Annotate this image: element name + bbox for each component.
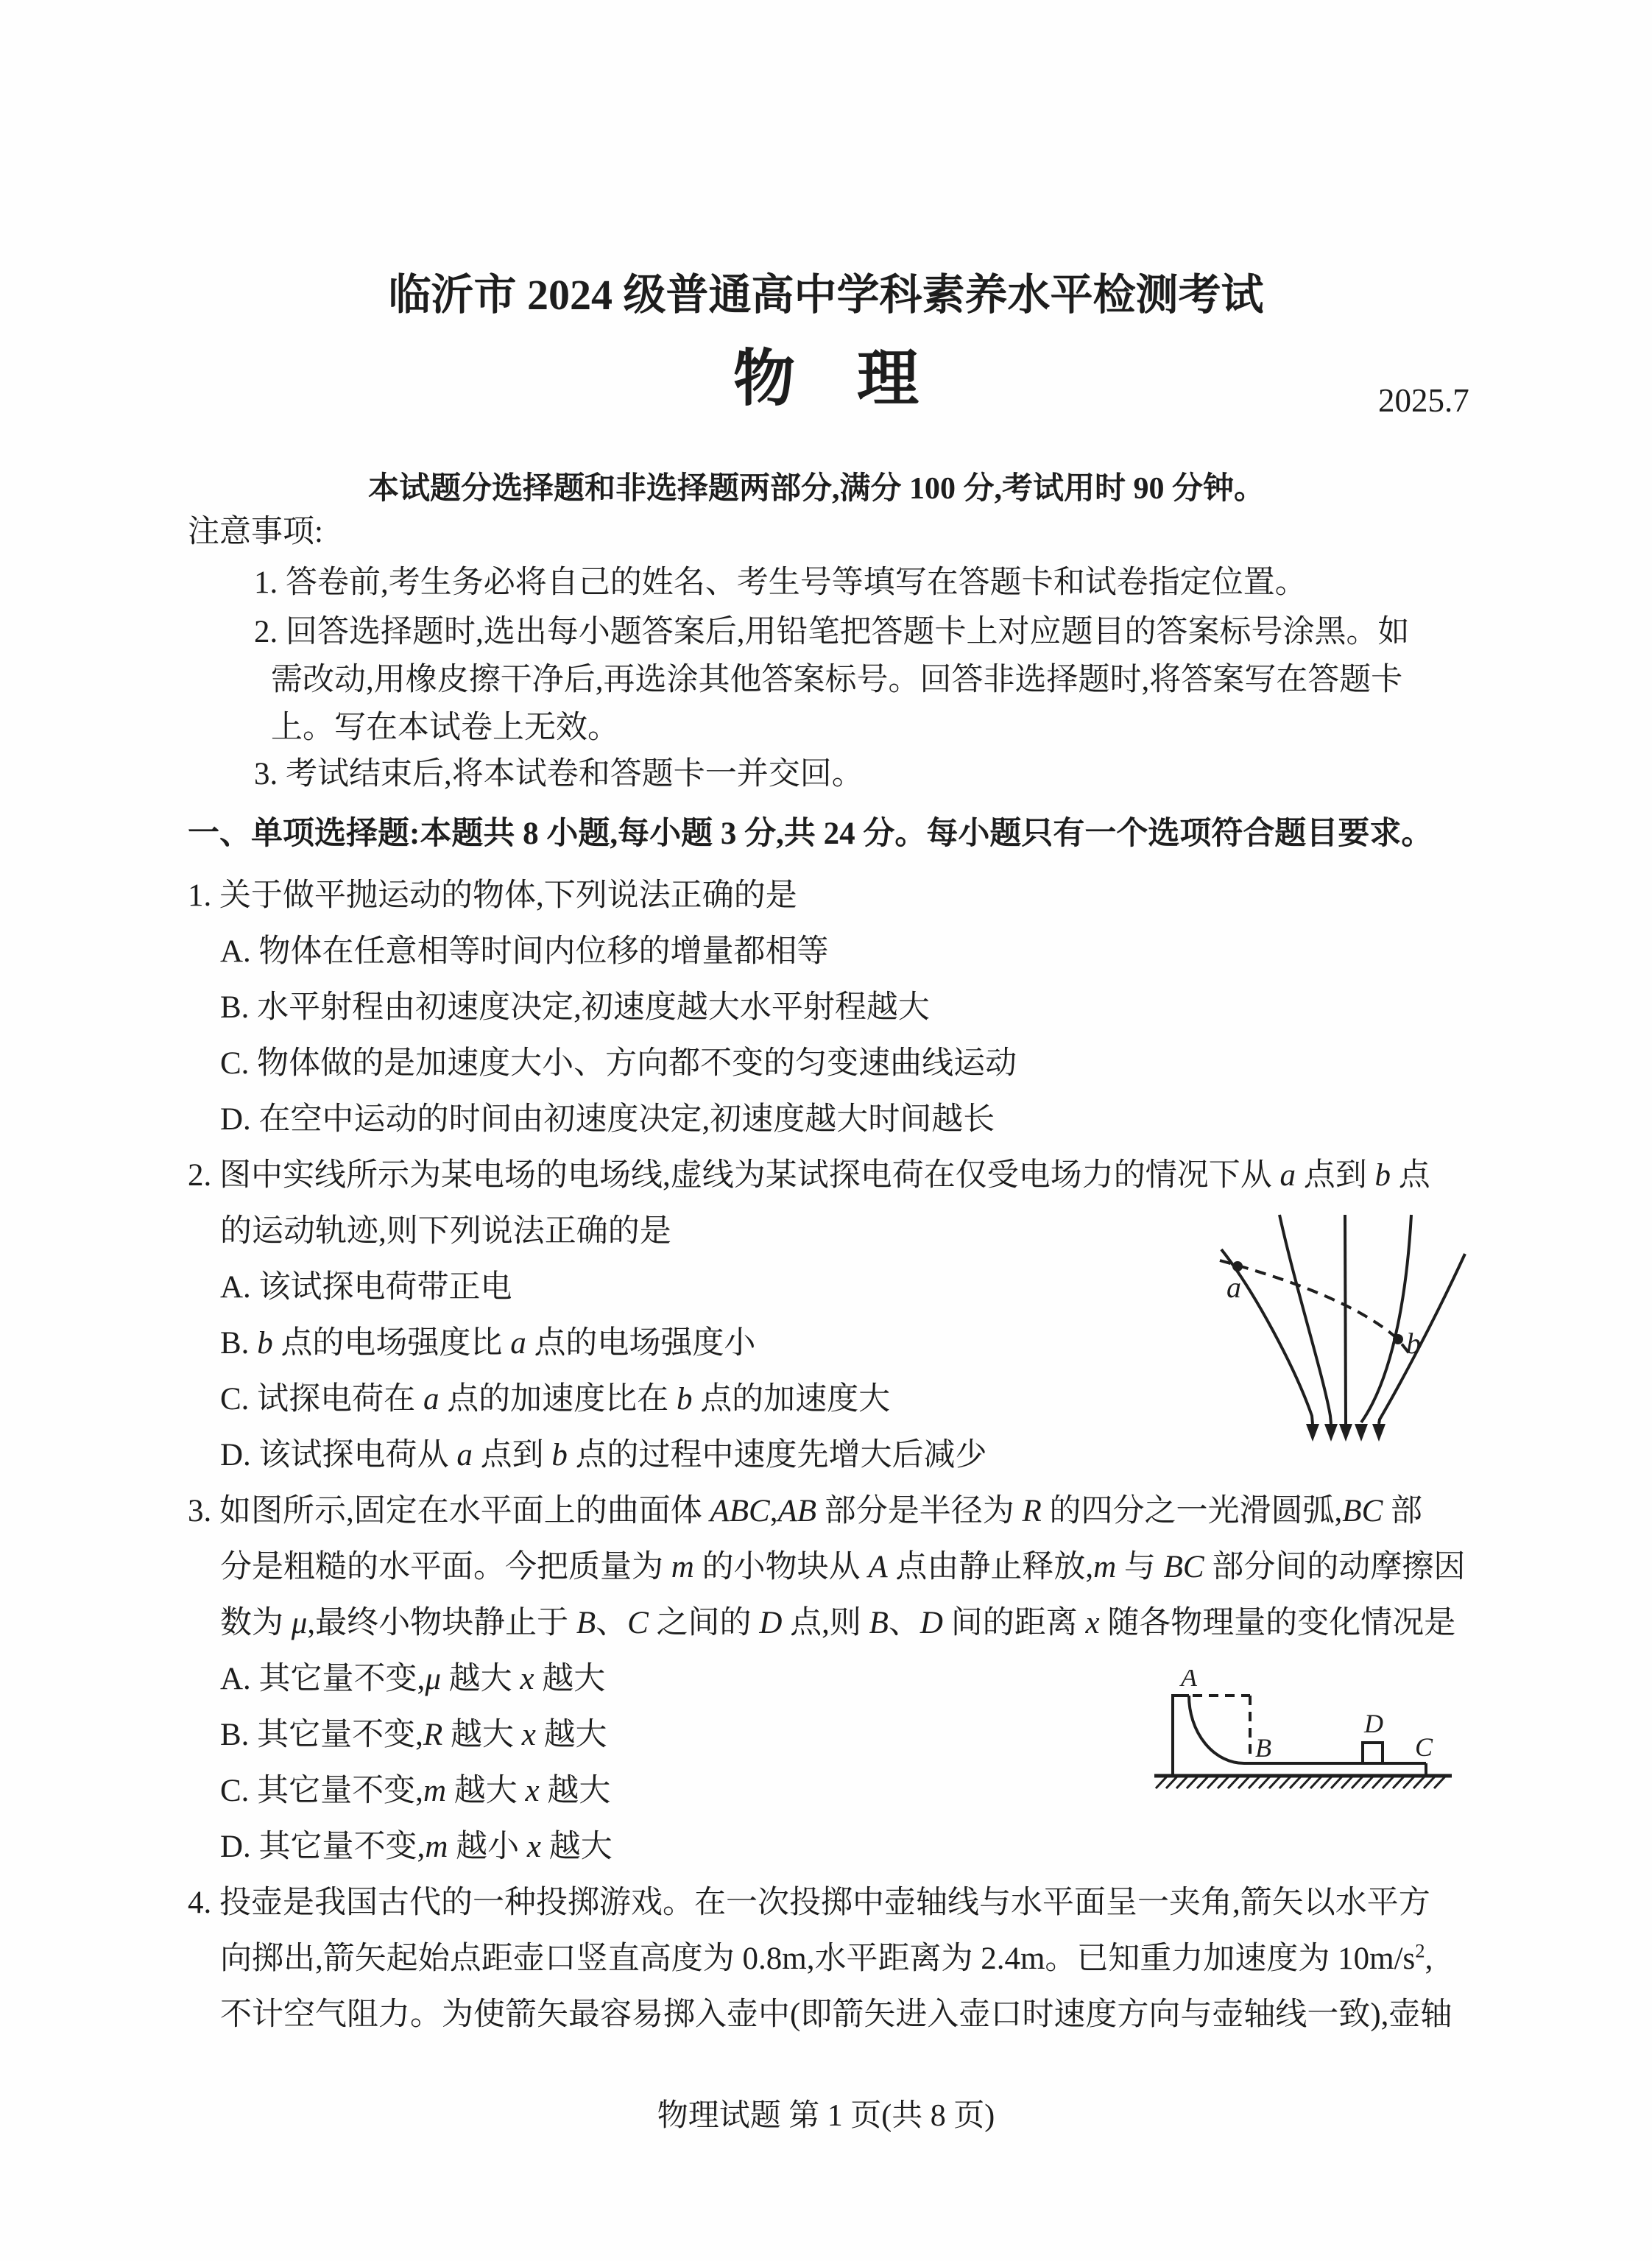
arrow-down-icon — [1306, 1424, 1319, 1442]
arrow-down-icon — [1372, 1424, 1386, 1442]
wall-outline — [1173, 1696, 1189, 1776]
point-C-label: C — [1415, 1732, 1433, 1762]
q2-stem-line-1: 2. 图中实线所示为某电场的电场线,虚线为某试探电荷在仅受电场力的情况下从 a … — [188, 1157, 1430, 1195]
exam-date: 2025.7 — [1378, 381, 1469, 420]
notice-label: 注意事项: — [188, 513, 323, 551]
quarter-arc — [1189, 1696, 1244, 1763]
field-line-3 — [1345, 1215, 1346, 1424]
q1-stem: 1. 关于做平抛运动的物体,下列说法正确的是 — [188, 877, 797, 915]
point-A-label: A — [1179, 1670, 1198, 1692]
block-d — [1363, 1743, 1383, 1763]
field-lines — [1221, 1215, 1465, 1442]
field-line-2 — [1279, 1215, 1331, 1424]
q3-stem-line-3: 数为 μ,最终小物块静止于 B、C 之间的 D 点,则 B、D 间的距离 x 随… — [220, 1604, 1455, 1643]
q1-option-d: D. 在空中运动的时间由初速度决定,初速度越大时间越长 — [220, 1101, 995, 1139]
q2-option-d: D. 该试探电荷从 a 点到 b 点的过程中速度先增大后减少 — [220, 1436, 987, 1475]
q3-option-d: D. 其它量不变,m 越小 x 越大 — [220, 1828, 613, 1866]
notice-item-2-line-3: 上。写在本试卷上无效。 — [271, 709, 619, 747]
q3-option-c: C. 其它量不变,m 越大 x 越大 — [220, 1772, 610, 1810]
q3-ramp-figure: A B C D — [1148, 1670, 1561, 1891]
arrow-down-icon — [1324, 1424, 1338, 1442]
q3-option-b: B. 其它量不变,R 越大 x 越大 — [220, 1716, 607, 1754]
exam-paper-page: 临沂市 2024 级普通高中学科素养水平检测考试 物 理 2025.7 本试题分… — [0, 0, 1652, 2261]
q1-option-a: A. 物体在任意相等时间内位移的增量都相等 — [220, 933, 829, 971]
section-1-header: 一、单项选择题:本题共 8 小题,每小题 3 分,共 24 分。每小题只有一个选… — [188, 815, 1433, 853]
q2-electric-field-figure: a b — [1193, 1207, 1546, 1458]
arrow-down-icon — [1339, 1424, 1352, 1442]
q2-stem-line-2: 的运动轨迹,则下列说法正确的是 — [220, 1213, 671, 1251]
notice-item-1: 1. 答卷前,考生务必将自己的姓名、考生号等填写在答题卡和试卷指定位置。 — [254, 564, 1307, 602]
q3-stem-line-2: 分是粗糙的水平面。今把质量为 m 的小物块从 A 点由静止释放,m 与 BC 部… — [220, 1548, 1465, 1587]
q3-stem-line-1: 3. 如图所示,固定在水平面上的曲面体 ABC,AB 部分是半径为 R 的四分之… — [188, 1492, 1422, 1531]
ground-hatching — [1156, 1777, 1445, 1788]
q1-option-c: C. 物体做的是加速度大小、方向都不变的匀变速曲线运动 — [220, 1045, 1017, 1083]
notice-item-2-line-2: 需改动,用橡皮擦干净后,再选涂其他答案标号。回答非选择题时,将答案写在答题卡 — [271, 661, 1402, 699]
point-a-label: a — [1226, 1271, 1241, 1304]
point-a-dot — [1232, 1261, 1243, 1271]
point-b-label: b — [1406, 1327, 1421, 1360]
point-B-label: B — [1255, 1733, 1271, 1763]
q1-option-b: B. 水平射程由初速度决定,初速度越大水平射程越大 — [220, 989, 930, 1027]
field-line-5 — [1379, 1254, 1465, 1424]
point-D-label: D — [1363, 1709, 1383, 1738]
trajectory-dashed-line — [1220, 1260, 1412, 1357]
page-footer: 物理试题 第 1 页(共 8 页) — [0, 2097, 1652, 2135]
q4-stem-line-3: 不计空气阻力。为使箭矢最容易掷入壶中(即箭矢进入壶口时速度方向与壶轴线一致),壶… — [220, 1996, 1452, 2034]
field-line-4 — [1361, 1215, 1411, 1422]
q4-stem-line-1: 4. 投壶是我国古代的一种投掷游戏。在一次投掷中壶轴线与水平面呈一夹角,箭矢以水… — [188, 1884, 1430, 1922]
field-arrowheads — [1306, 1424, 1386, 1442]
q3-option-a: A. 其它量不变,μ 越大 x 越大 — [220, 1660, 605, 1699]
page-title: 临沂市 2024 级普通高中学科素养水平检测考试 — [0, 271, 1652, 320]
q2-option-b: B. b 点的电场强度比 a 点的电场强度小 — [220, 1324, 755, 1363]
point-b-dot — [1393, 1334, 1403, 1344]
q2-option-c: C. 试探电荷在 a 点的加速度比在 b 点的加速度大 — [220, 1380, 890, 1419]
q4-stem-line-2: 向掷出,箭矢起始点距壶口竖直高度为 0.8m,水平距离为 2.4m。已知重力加速… — [220, 1940, 1433, 1978]
notice-item-3: 3. 考试结束后,将本试卷和答题卡一并交回。 — [254, 755, 864, 794]
exam-intro: 本试题分选择题和非选择题两部分,满分 100 分,考试用时 90 分钟。 — [368, 470, 1265, 508]
notice-item-2-line-1: 2. 回答选择题时,选出每小题答案后,用铅笔把答题卡上对应题目的答案标号涂黑。如 — [254, 613, 1410, 652]
arrow-down-icon — [1355, 1424, 1368, 1442]
q2-option-a: A. 该试探电荷带正电 — [220, 1269, 512, 1307]
